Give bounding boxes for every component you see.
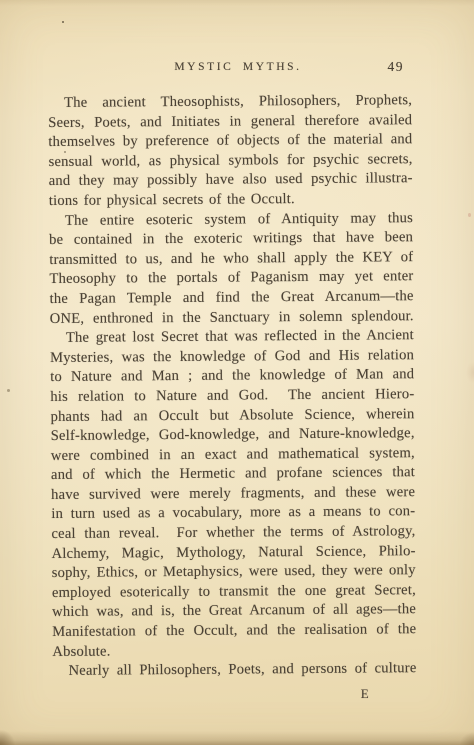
running-header: MYSTIC MYTHS. 49 [48,59,412,75]
text-line: themselves by preference of objects of t… [48,130,412,152]
scan-speck [468,213,471,217]
page-number: 49 [388,59,405,75]
paragraph: The ancient Theosophists, Philosophers, … [48,91,413,211]
text-line: ceal than reveal. For whether the terms … [51,522,415,544]
text-line: Nearly all Philosophers, Poets, and pers… [52,659,416,681]
book-page: MYSTIC MYTHS. 49 The ancient Theosophist… [0,0,474,745]
text-line: Manifestation of the Occult, and the rea… [52,620,416,642]
scan-speck [62,21,64,23]
text-line: The ancient Theosophists, Philosophers, … [48,91,412,113]
page-header-title: MYSTIC MYTHS. [56,61,420,73]
body-text: The ancient Theosophists, Philosophers, … [48,91,417,682]
text-line: to Nature and Man ; and the knowledge of… [50,365,414,387]
text-line: and of which the Hermetic and profane sc… [51,463,415,485]
text-line: Self-knowledge, God-knowledge, and Natur… [51,424,415,446]
text-line: The great lost Secret that was reflected… [50,326,414,348]
text-line: and they may possibly have also used psy… [49,170,413,192]
paragraph: Nearly all Philosophers, Poets, and pers… [52,659,416,681]
text-line: his relation to Nature and God. The anci… [50,385,414,407]
paragraph: The great lost Secret that was reflected… [50,326,417,662]
text-line: the Pagan Temple and find the Great Arca… [50,287,414,309]
text-line: be contained in the exoteric writings th… [49,228,413,250]
text-line: sophy, Ethics, or Metaphysics, were used… [52,561,416,583]
scan-speck [7,389,10,392]
signature-mark: E [357,686,373,702]
paragraph: The entire esoteric system of Antiquity … [49,209,414,329]
